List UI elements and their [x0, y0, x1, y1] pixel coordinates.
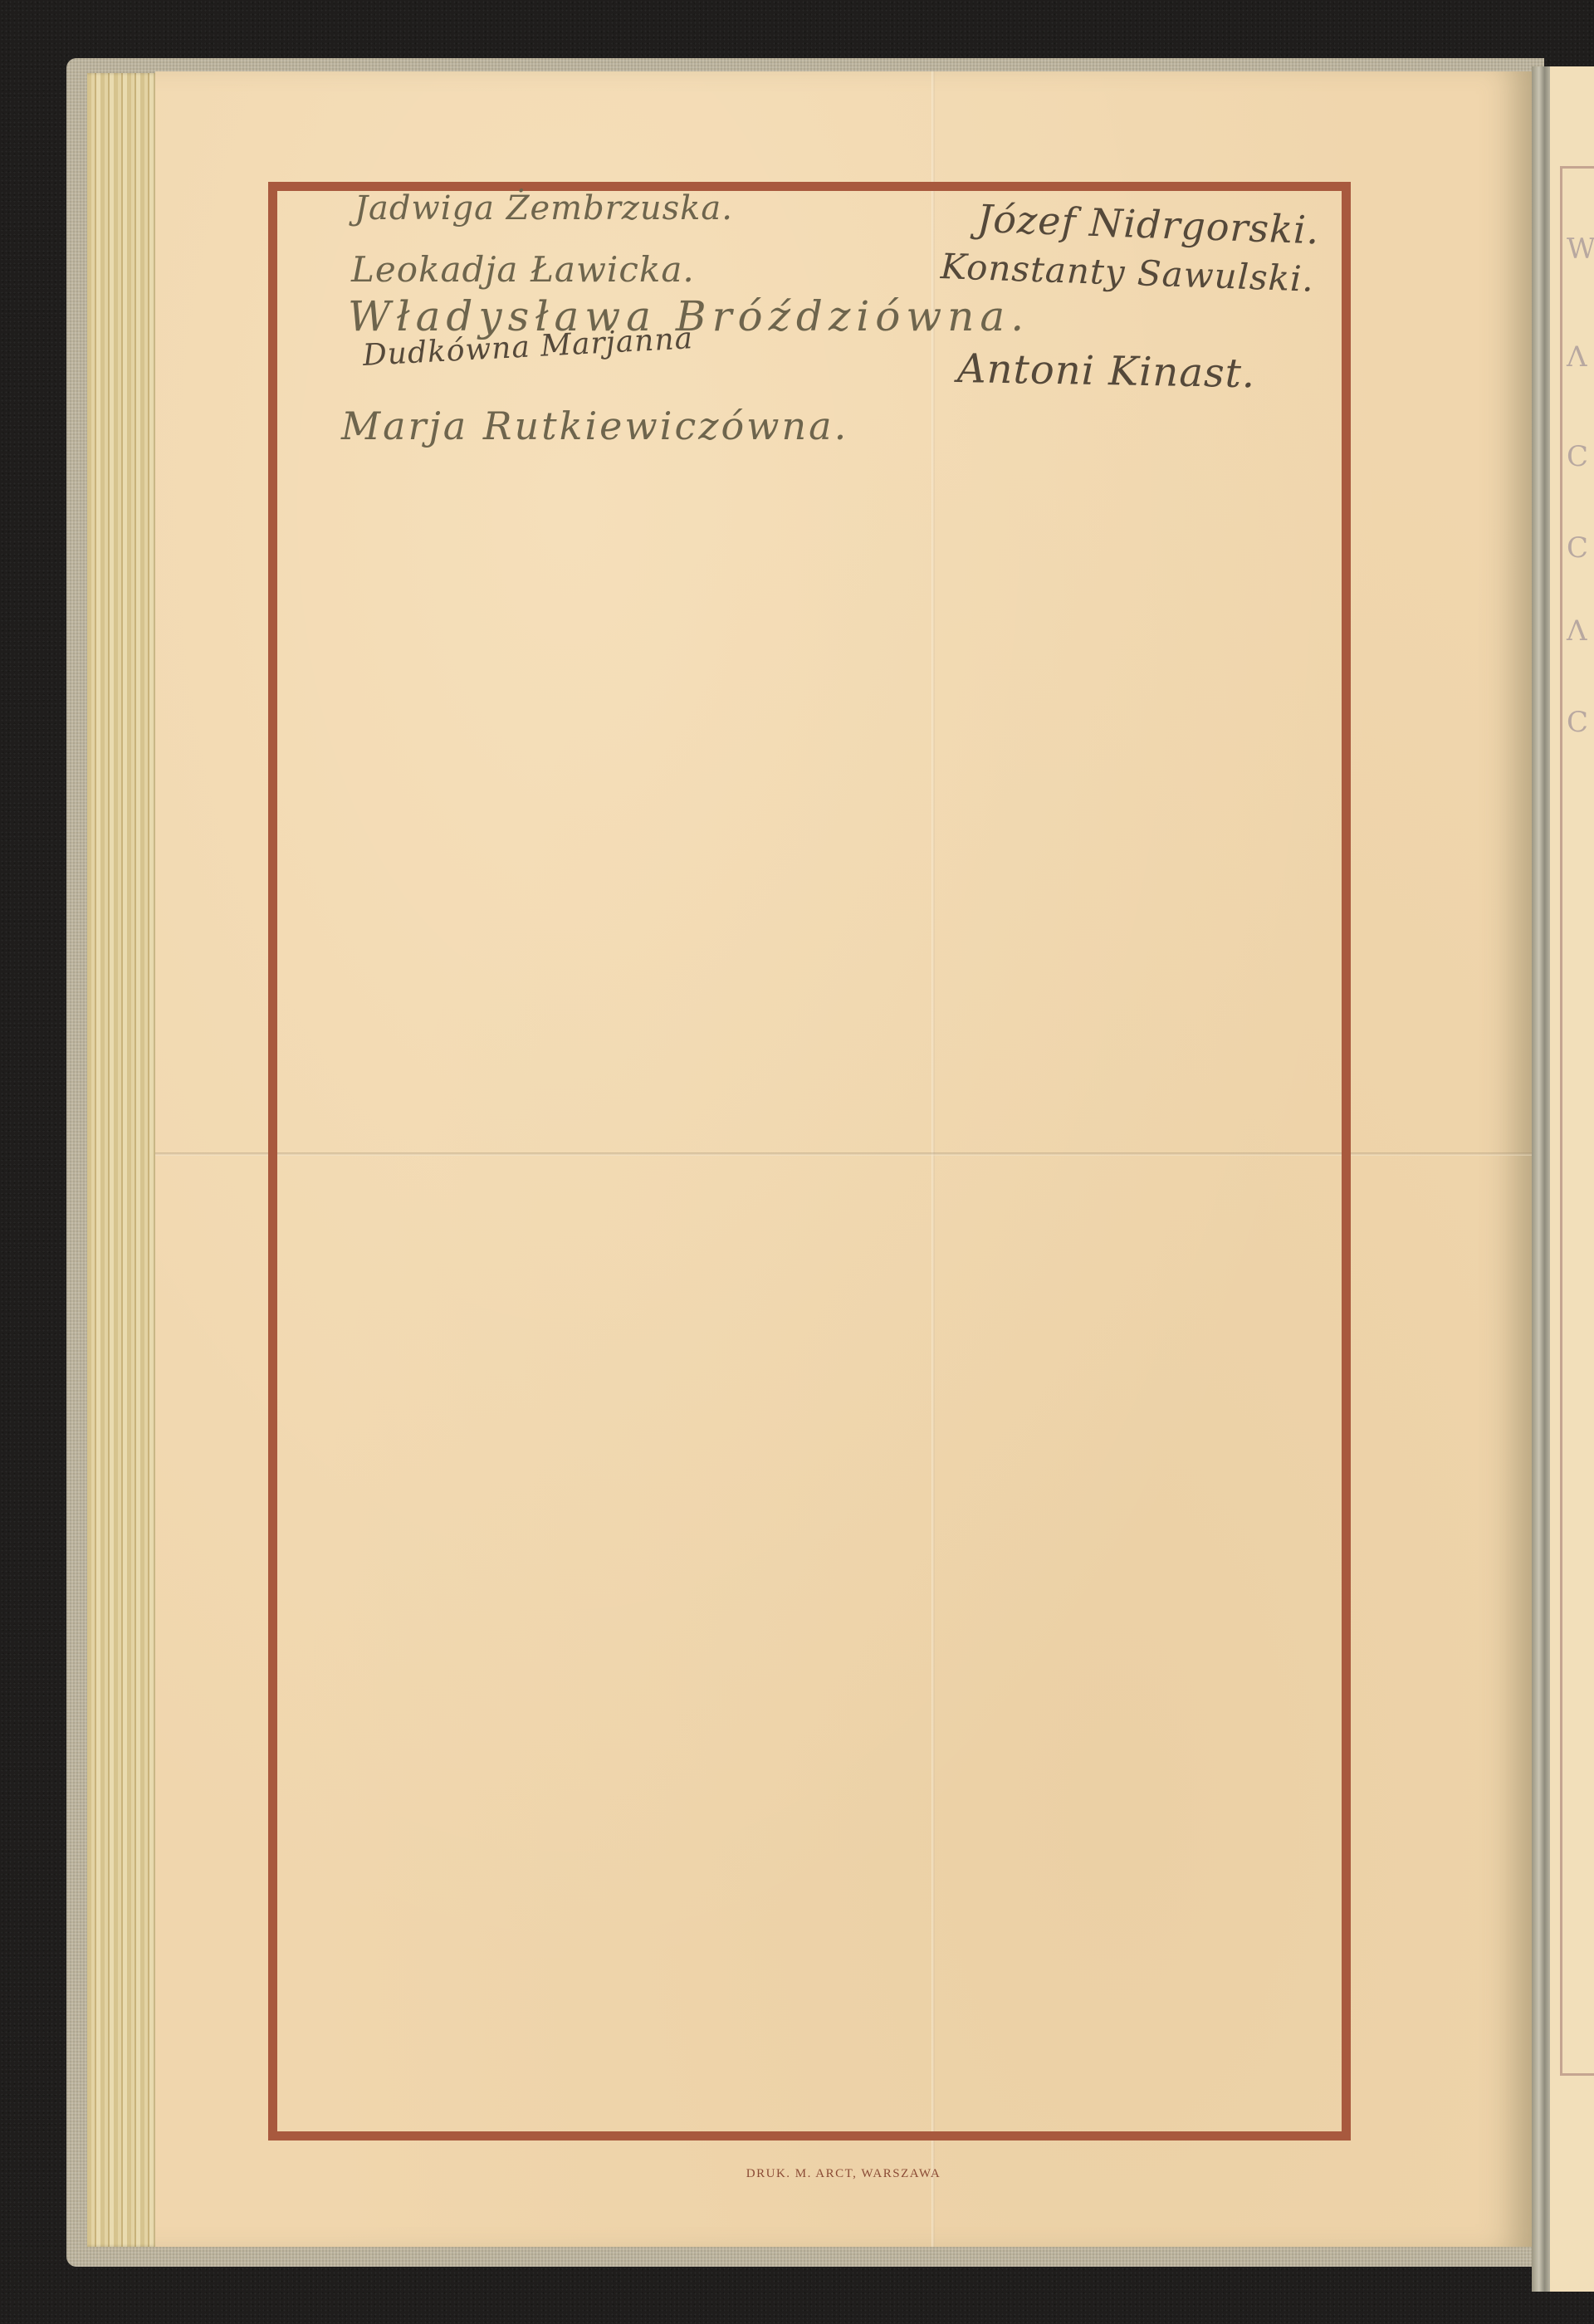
signature-jadwiga-zembrzuska: Jadwiga Żembrzuska. [354, 189, 733, 228]
printer-imprint: DRUK. M. ARCT, WARSZAWA [155, 2167, 1532, 2181]
document-page: Jadwiga Żembrzuska. Leokadja Ławicka. Wł… [155, 71, 1532, 2247]
book-gutter [1532, 66, 1550, 2292]
signature-marja-rutkiewiczowna: Marja Rutkiewiczówna. [341, 404, 848, 448]
printed-border-frame [268, 182, 1351, 2141]
facing-page-glyph: C [1567, 531, 1588, 565]
facing-page-glyph: Λ [1567, 614, 1587, 648]
facing-page-glyph: C [1567, 706, 1588, 739]
facing-page-sliver: W Λ C C Λ C [1550, 66, 1594, 2292]
signature-antoni-kinast: Antoni Kinast. [957, 345, 1256, 397]
facing-page-glyph: C [1567, 440, 1588, 473]
signature-leokadja-lawicka: Leokadja Ławicka. [351, 249, 695, 290]
facing-page-glyph: Λ [1567, 340, 1587, 374]
page-block-edges [87, 73, 158, 2247]
facing-page-glyph: W [1567, 232, 1594, 266]
